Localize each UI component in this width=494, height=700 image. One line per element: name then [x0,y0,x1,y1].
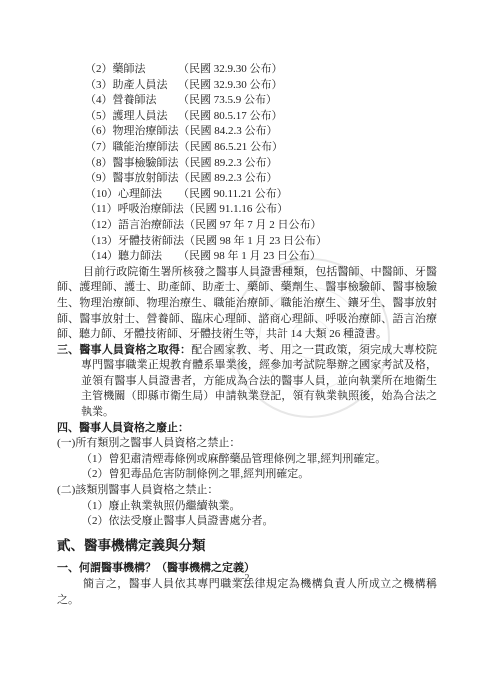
law-list-item: （10）心理師法（民國 90.11.21 公布） [85,187,437,203]
law-name: （9）醫事放射師法 [85,171,179,187]
law-list-item: （12）語言治療師法（民國 97 年 7 月 2 日公布） [85,218,437,234]
law-promulgation-date: （民國 89.2.3 公布） [179,172,278,184]
law-promulgation-date: （民國 73.5.9 公布） [178,94,277,106]
law-list: （2）藥師法（民國 32.9.30 公布） （3）助產人員法（民國 32.9.3… [85,62,437,265]
law-promulgation-date: （民國 91.1.16 公布） [184,203,289,215]
law-list-item: （13）牙體技術師法（民國 98 年 1 月 23 日公布） [85,234,437,250]
law-name: （12）語言治療師法 [85,218,184,234]
law-list-item: （2）藥師法（民國 32.9.30 公布） [85,62,437,78]
revocation-condition: （1）廢止執業執照仍繼續執業。 [81,499,437,515]
revocation-specific-type-title: (二)該類別醫事人員資格之禁止： [57,483,437,499]
law-name: （10）心理師法 [85,187,178,203]
law-promulgation-date: （民國 98 年 1 月 23 日公布） [184,235,327,247]
law-promulgation-date: （民國 90.11.21 公布） [178,188,288,200]
law-list-item: （5）護理人員法（民國 80.5.17 公布） [85,109,437,125]
law-list-item: （9）醫事放射師法（民國 89.2.3 公布） [85,171,437,187]
law-list-item: （4）營養師法（民國 73.5.9 公布） [85,93,437,109]
section-acquisition-title: 三、醫事人員資格之取得： [57,344,191,356]
part2-heading: 貳、醫事機構定義與分類 [57,537,437,555]
page-content: （2）藥師法（民國 32.9.30 公布） （3）助產人員法（民國 32.9.3… [57,62,437,609]
law-name: （11）呼吸治療師法 [85,202,184,218]
law-list-item: （3）助產人員法（民國 32.9.30 公布） [85,78,437,94]
law-name: （7）職能治療師法 [85,140,179,156]
revocation-specific-type-items: （1）廢止執業執照仍繼續執業。 （2）依法受廢止醫事人員證書處分者。 [57,499,437,530]
revocation-all-types-items: （1）曾犯肅清煙毒條例或麻醉藥品管理條例之罪,經判刑確定。 （2）曾犯毒品危害防… [57,452,437,483]
page-number: -2- [0,571,494,587]
law-name: （13）牙體技術師法 [85,234,184,250]
law-promulgation-date: （民國 86.5.21 公布） [179,141,284,153]
section-acquisition: 三、醫事人員資格之取得：配合國家教、考、用之一貫政策，須完成大專校院專門醫事職業… [57,343,437,421]
law-promulgation-date: （民國 98 年 1 月 23 日公布） [178,250,321,262]
law-list-item: （7）職能治療師法（民國 86.5.21 公布） [85,140,437,156]
law-list-item: （11）呼吸治療師法（民國 91.1.16 公布） [85,202,437,218]
certificates-paragraph: 目前行政院衛生署所核發之醫事人員證書種類，包括醫師、中醫師、牙醫師、護理師、護士… [57,265,437,343]
revocation-all-types-title: (一)所有類別之醫事人員資格之禁止： [57,436,437,452]
law-name: （4）營養師法 [85,93,178,109]
law-name: （5）護理人員法 [85,109,178,125]
law-promulgation-date: （民國 84.2.3 公布） [179,125,278,137]
revocation-condition: （2）依法受廢止醫事人員證書處分者。 [81,514,437,530]
revocation-condition: （1）曾犯肅清煙毒條例或麻醉藥品管理條例之罪,經判刑確定。 [81,452,437,468]
law-name: （8）醫事檢驗師法 [85,156,179,172]
law-promulgation-date: （民國 32.9.30 公布） [178,63,283,75]
law-promulgation-date: （民國 97 年 7 月 2 日公布） [184,219,322,231]
law-list-item: （14）聽力師法（民國 98 年 1 月 23 日公布） [85,249,437,265]
law-promulgation-date: （民國 80.5.17 公布） [178,110,283,122]
law-name: （2）藥師法 [85,62,178,78]
law-list-item: （8）醫事檢驗師法（民國 89.2.3 公布） [85,156,437,172]
law-promulgation-date: （民國 89.2.3 公布） [179,157,278,169]
law-name: （6）物理治療師法 [85,124,179,140]
law-promulgation-date: （民國 32.9.30 公布） [178,79,283,91]
law-name: （3）助產人員法 [85,78,178,94]
revocation-condition: （2）曾犯毒品危害防制條例之罪,經判刑確定。 [81,467,437,483]
section-revocation-title: 四、醫事人員資格之廢止： [57,421,437,437]
law-list-item: （6）物理治療師法（民國 84.2.3 公布） [85,124,437,140]
document-page: （2）藥師法（民國 32.9.30 公布） （3）助產人員法（民國 32.9.3… [0,0,494,700]
law-name: （14）聽力師法 [85,249,178,265]
